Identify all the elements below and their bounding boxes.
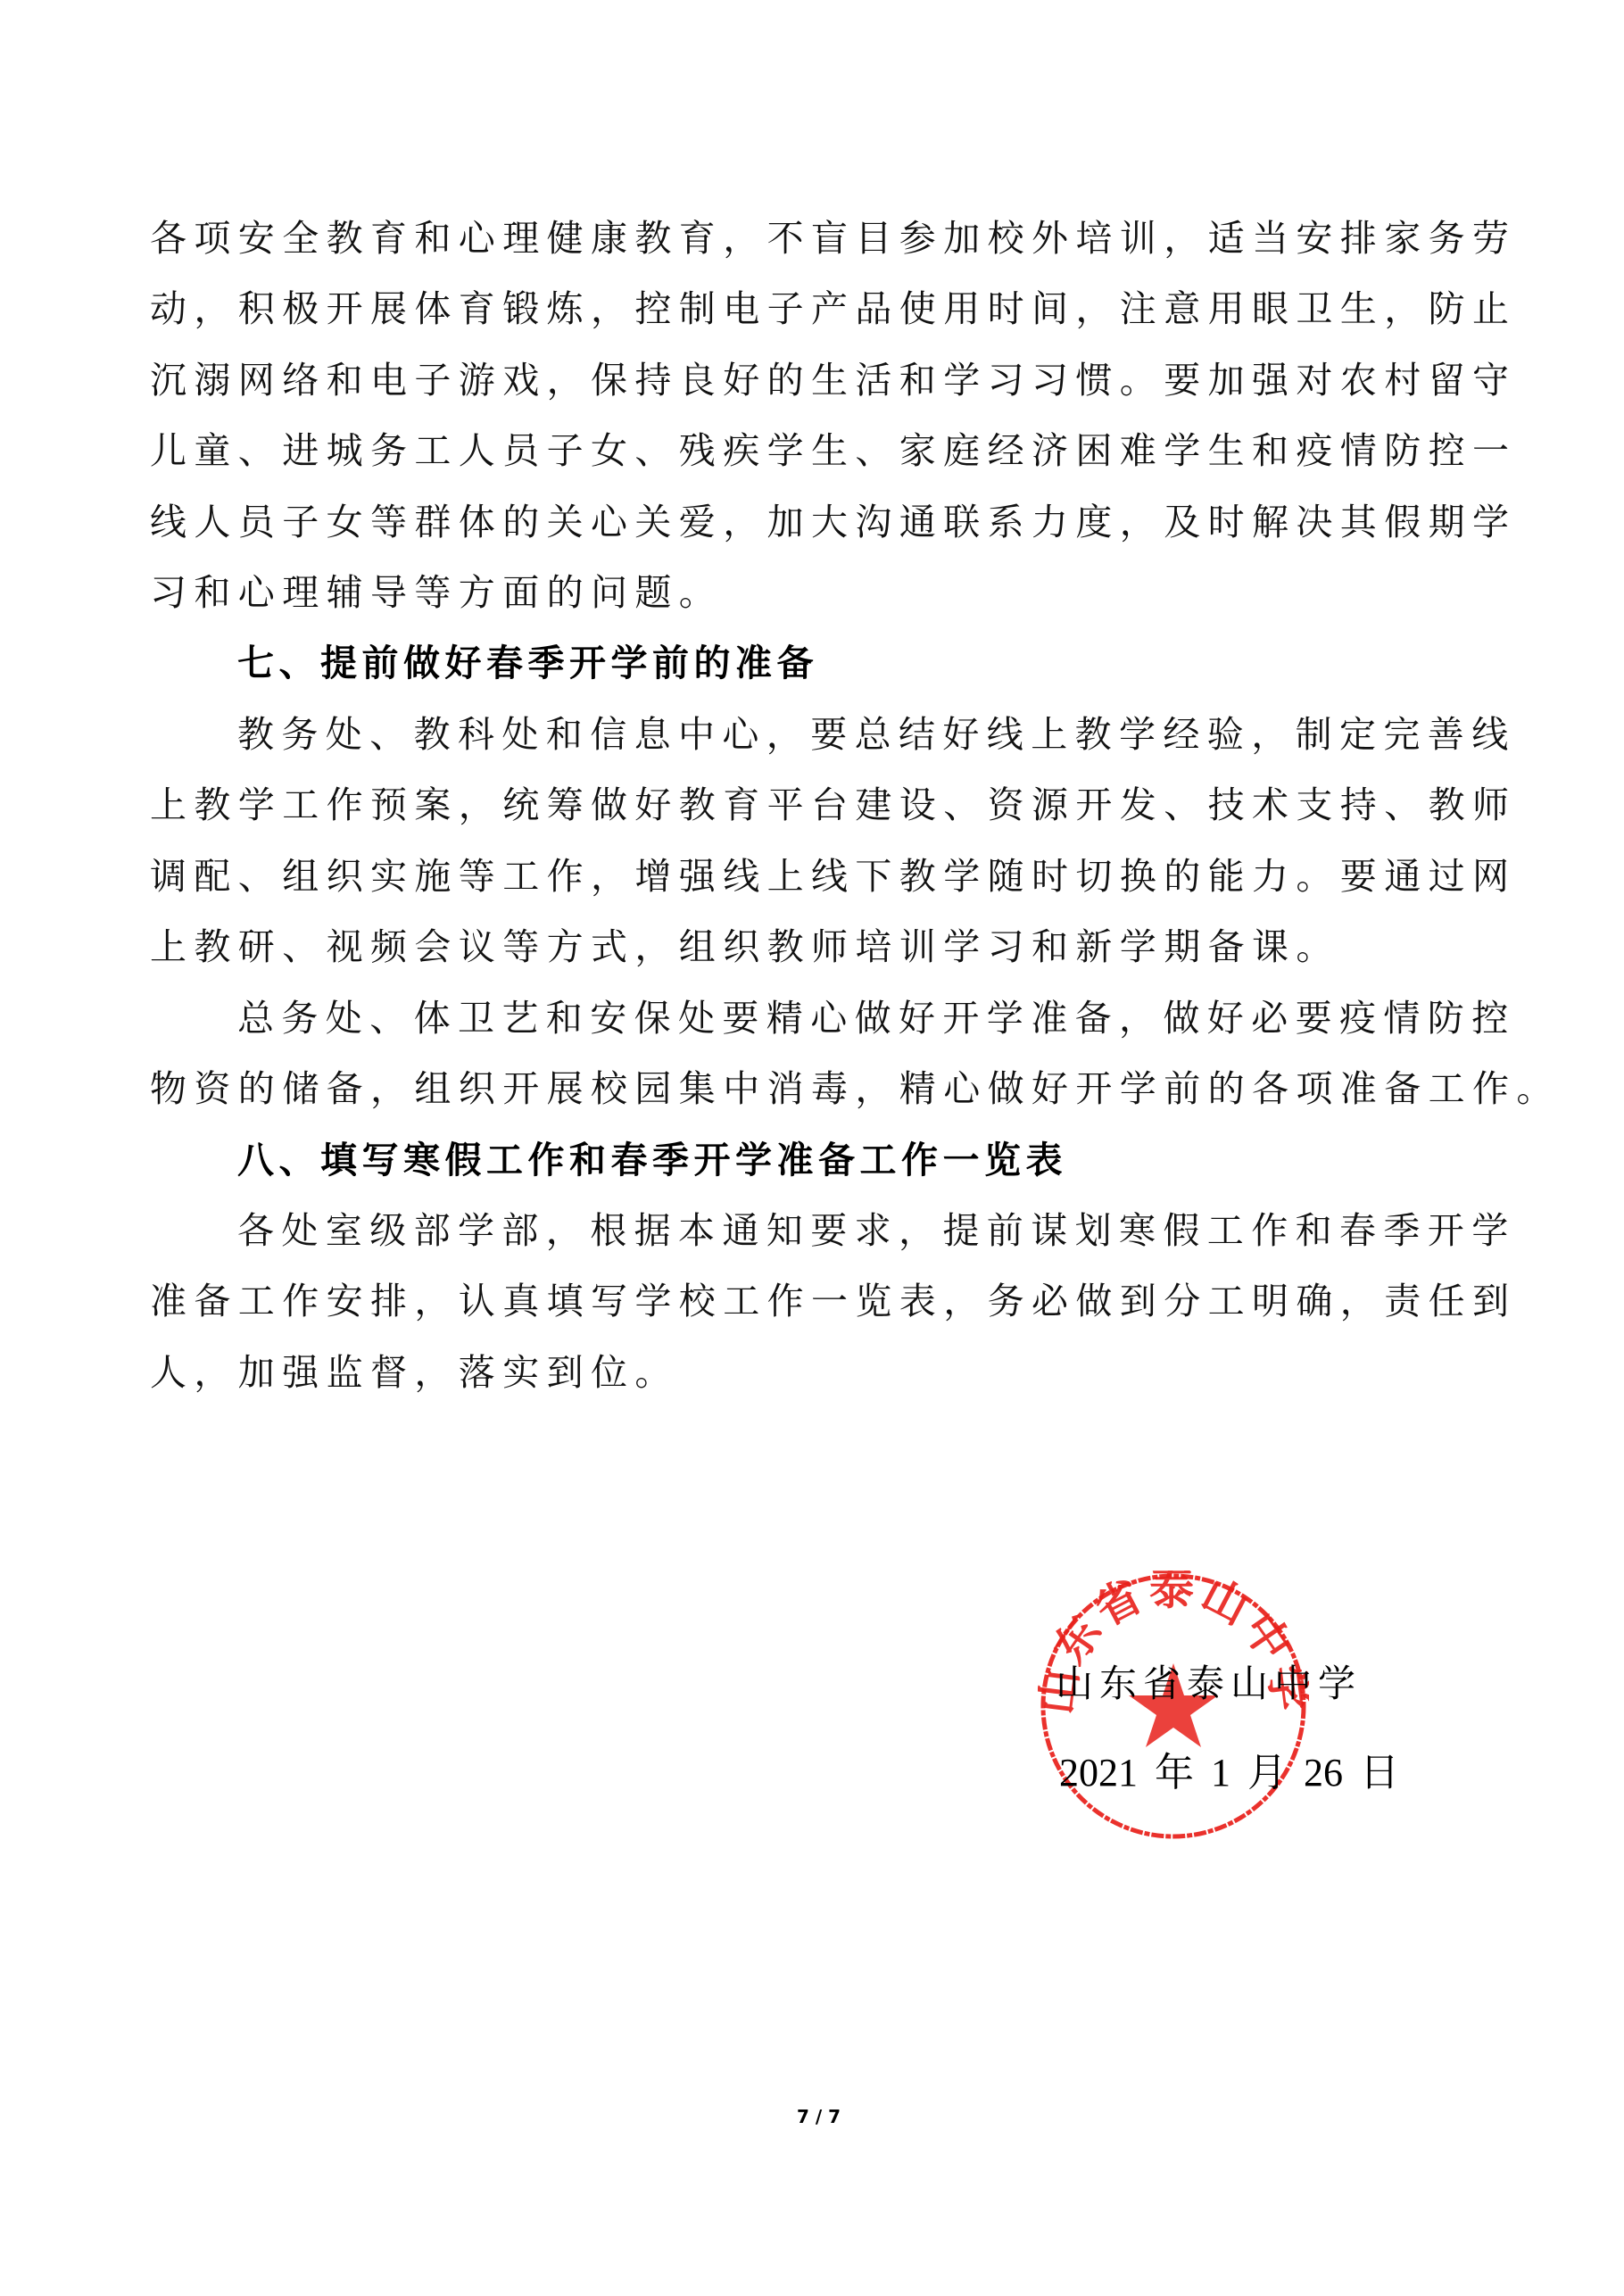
body-line: 准备工作安排，认真填写学校工作一览表，务必做到分工明确，责任到 [150, 1274, 1516, 1328]
body-line: 调配、组织实施等工作，增强线上线下教学随时切换的能力。要通过网 [150, 850, 1516, 903]
paragraph-first-line: 教务处、教科处和信息中心，要总结好线上教学经验，制定完善线 [237, 708, 1516, 761]
paragraph-first-line: 总务处、体卫艺和安保处要精心做好开学准备，做好必要疫情防控 [237, 991, 1516, 1045]
body-line: 上教学工作预案，统筹做好教育平台建设、资源开发、技术支持、教师 [150, 778, 1516, 832]
body-line: 线人员子女等群体的关心关爱，加大沟通联系力度，及时解决其假期学 [150, 495, 1516, 549]
page-number: 7 / 7 [785, 2102, 852, 2131]
body-line: 物资的储备，组织开展校园集中消毒，精心做好开学前的各项准备工作。 [150, 1062, 1561, 1115]
body-line: 习和心理辅导等方面的问题。 [150, 566, 723, 619]
signature-date: 2021 年 1 月 26 日 [1059, 1746, 1399, 1800]
body-line: 沉溺网络和电子游戏，保持良好的生活和学习习惯。要加强对农村留守 [150, 353, 1516, 407]
body-line: 各项安全教育和心理健康教育，不盲目参加校外培训，适当安排家务劳 [150, 211, 1516, 265]
body-line: 动，积极开展体育锻炼，控制电子产品使用时间，注意用眼卫生，防止 [150, 282, 1516, 336]
section-heading-7: 七、提前做好春季开学前的准备 [237, 636, 818, 690]
signature-organization: 山东省泰山中学 [1056, 1658, 1362, 1712]
section-heading-8: 八、填写寒假工作和春季开学准备工作一览表 [237, 1133, 1067, 1187]
body-line: 人，加强监督，落实到位。 [150, 1346, 679, 1399]
document-page: 各项安全教育和心理健康教育，不盲目参加校外培训，适当安排家务劳 动，积极开展体育… [0, 0, 1624, 2296]
paragraph-first-line: 各处室级部学部，根据本通知要求，提前谋划寒假工作和春季开学 [237, 1204, 1516, 1257]
body-line: 儿童、进城务工人员子女、残疾学生、家庭经济困难学生和疫情防控一 [150, 424, 1516, 477]
body-line: 上教研、视频会议等方式，组织教师培训学习和新学期备课。 [150, 920, 1340, 974]
